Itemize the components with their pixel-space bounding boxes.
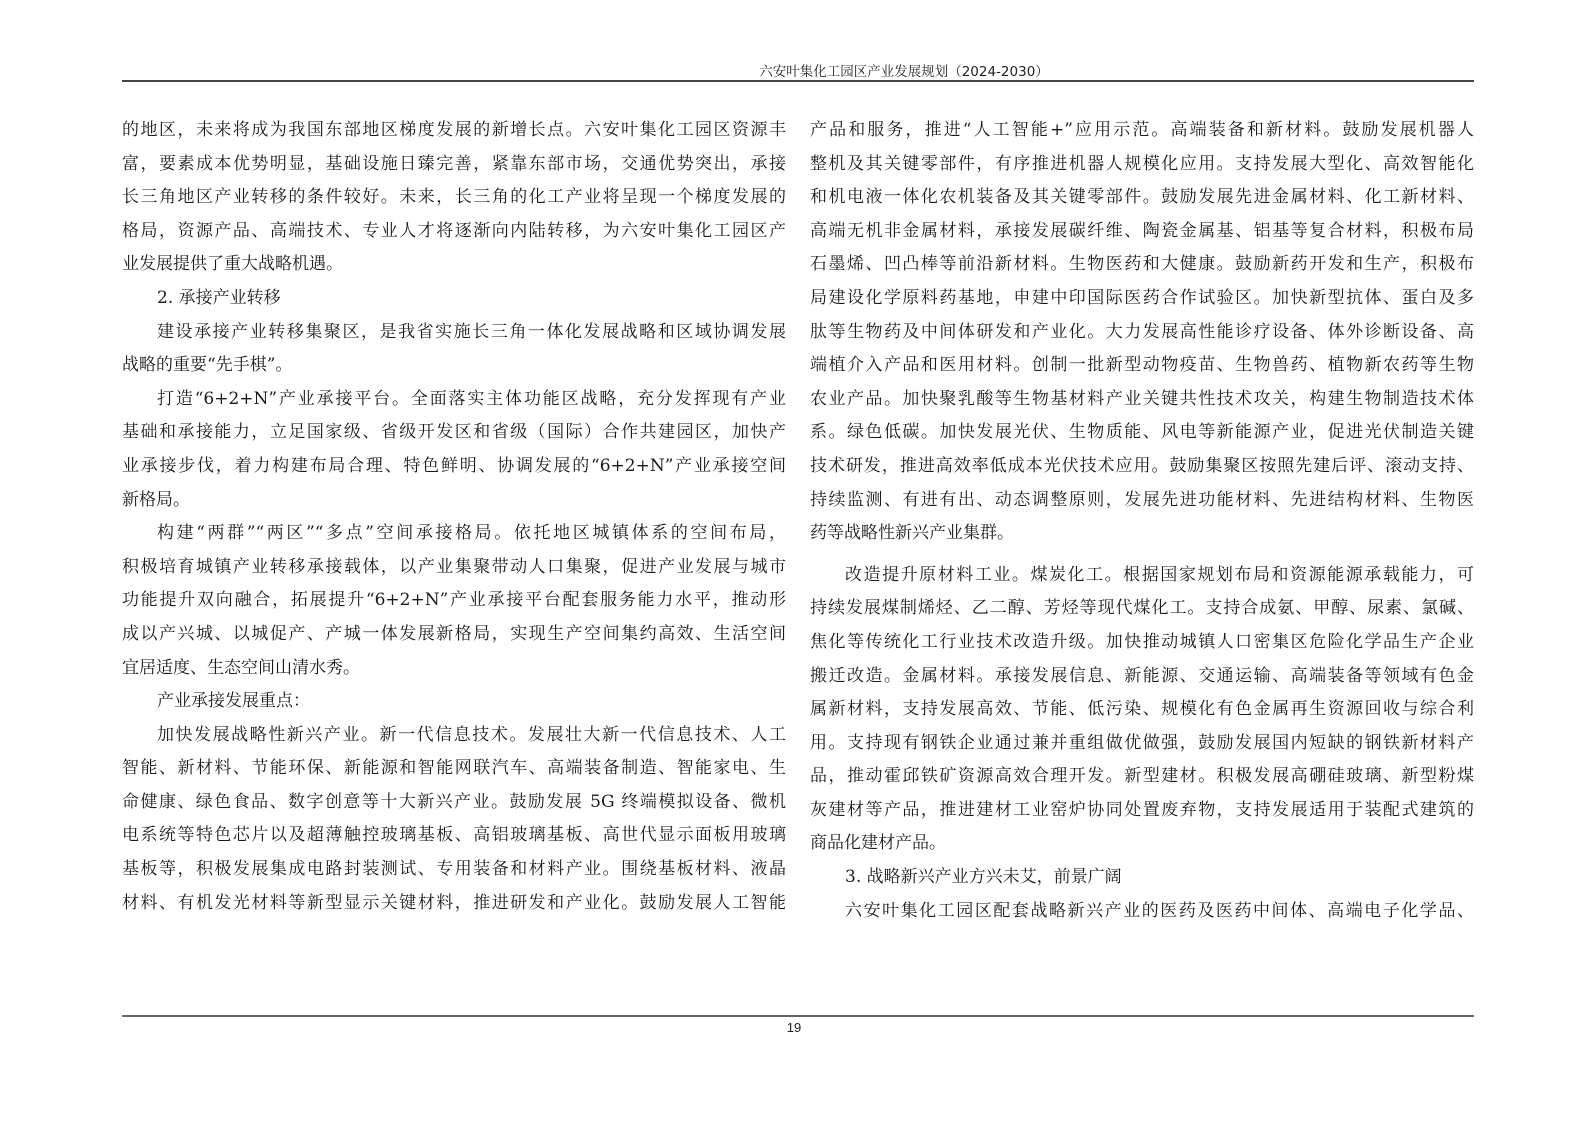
page-number: 19 [0,1020,1588,1035]
text-line: 持续发展煤制烯烃、乙二醇、芳烃等现代煤化工。支持合成氨、甲醇、尿素、氯碱、 [810,592,1474,626]
text-line: 农业产品。加快聚乳酸等生物基材料产业关键共性技术攻关，构建生物制造技术体 [810,383,1474,417]
text-line: 产品和服务，推进“人工智能+”应用示范。高端装备和新材料。鼓励发展机器人 [810,114,1474,148]
text-line: 基础和承接能力，立足国家级、省级开发区和省级（国际）合作共建园区，加快产 [122,416,786,450]
text-line: 技术研发，推进高效率低成本光伏技术应用。鼓励集聚区按照先建后评、滚动支持、 [810,450,1474,484]
text-line: 富，要素成本优势明显，基础设施日臻完善，紧靠东部市场，交通优势突出，承接 [122,148,786,182]
text-line: 石墨烯、凹凸棒等前沿新材料。生物医药和大健康。鼓励新药开发和生产，积极布 [810,248,1474,282]
section-heading: 3. 战略新兴产业方兴未艾，前景广阔 [810,861,1474,895]
section-heading: 产业承接发展重点： [122,685,786,719]
text-line: 用。支持现有钢铁企业通过兼并重组做优做强，鼓励发展国内短缺的钢铁新材料产 [810,727,1474,761]
document-title: 六安叶集化工园区产业发展规划（2024-2030） [759,60,1049,80]
text-line: 打造“6+2+N”产业承接平台。全面落实主体功能区战略，充分发挥现有产业 [122,383,786,417]
text-line: 电系统等特色芯片以及超薄触控玻璃基板、高铝玻璃基板、高世代显示面板用玻璃 [122,819,786,853]
text-line: 品，推动霍邱铁矿资源高效合理开发。新型建材。积极发展高硼硅玻璃、新型粉煤 [810,760,1474,794]
text-line: 灰建材等产品，推进建材工业窑炉协同处置废弃物，支持发展适用于装配式建筑的 [810,794,1474,828]
text-line: 材料、有机发光材料等新型显示关键材料，推进研发和产业化。鼓励发展人工智能 [122,887,786,921]
text-line: 和机电液一体化农机装备及其关键零部件。鼓励发展先进金属材料、化工新材料、 [810,181,1474,215]
section-heading: 2. 承接产业转移 [122,282,786,316]
text-line: 战略的重要“先手棋”。 [122,349,786,383]
text-line: 局建设化学原料药基地，申建中印国际医药合作试验区。加快新型抗体、蛋白及多 [810,282,1474,316]
left-text-column: 的地区，未来将成为我国东部地区梯度发展的新增长点。六安叶集化工园区资源丰富，要素… [122,114,786,920]
text-line: 持续监测、有进有出、动态调整原则，发展先进功能材料、先进结构材料、生物医 [810,484,1474,518]
right-text-column: 产品和服务，推进“人工智能+”应用示范。高端装备和新材料。鼓励发展机器人整机及其… [810,114,1474,928]
text-line: 改造提升原材料工业。煤炭化工。根据国家规划布局和资源能源承载能力，可 [810,559,1474,593]
text-line: 系。绿色低碳。加快发展光伏、生物质能、风电等新能源产业，促进光伏制造关键 [810,416,1474,450]
text-line: 整机及其关键零部件，有序推进机器人规模化应用。支持发展大型化、高效智能化 [810,148,1474,182]
text-line: 格局，资源产品、高端技术、专业人才将逐渐向内陆转移，为六安叶集化工园区产 [122,215,786,249]
text-line: 宜居适度、生态空间山清水秀。 [122,652,786,686]
text-line: 端植介入产品和医用材料。创制一批新型动物疫苗、生物兽药、植物新农药等生物 [810,349,1474,383]
paragraph-spacer [810,551,1474,559]
text-line: 肽等生物药及中间体研发和产业化。大力发展高性能诊疗设备、体外诊断设备、高 [810,316,1474,350]
text-line: 命健康、绿色食品、数字创意等十大新兴产业。鼓励发展 5G 终端模拟设备、微机 [122,786,786,820]
footer-rule [122,1015,1474,1017]
text-line: 属新材料，支持发展高效、节能、低污染、规模化有色金属再生资源回收与综合利 [810,693,1474,727]
text-line: 新格局。 [122,484,786,518]
running-header: 六安叶集化工园区产业发展规划（2024-2030） [0,60,1588,80]
text-line: 功能提升双向融合，拓展提升“6+2+N”产业承接平台配套服务能力水平，推动形 [122,584,786,618]
text-line: 构建“两群”“两区”“多点”空间承接格局。依托地区城镇体系的空间布局， [122,517,786,551]
text-line: 长三角地区产业转移的条件较好。未来，长三角的化工产业将呈现一个梯度发展的 [122,181,786,215]
text-line: 基板等，积极发展集成电路封装测试、专用装备和材料产业。围绕基板材料、液晶 [122,853,786,887]
text-line: 六安叶集化工园区配套战略新兴产业的医药及医药中间体、高端电子化学品、 [810,895,1474,929]
text-line: 焦化等传统化工行业技术改造升级。加快推动城镇人口密集区危险化学品生产企业 [810,626,1474,660]
text-line: 业承接步伐，着力构建布局合理、特色鲜明、协调发展的“6+2+N”产业承接空间 [122,450,786,484]
text-line: 智能、新材料、节能环保、新能源和智能网联汽车、高端装备制造、智能家电、生 [122,752,786,786]
header-rule [122,80,1474,82]
text-line: 商品化建材产品。 [810,827,1474,861]
text-line: 加快发展战略性新兴产业。新一代信息技术。发展壮大新一代信息技术、人工 [122,719,786,753]
text-line: 的地区，未来将成为我国东部地区梯度发展的新增长点。六安叶集化工园区资源丰 [122,114,786,148]
text-line: 积极培育城镇产业转移承接载体，以产业集聚带动人口集聚，促进产业发展与城市 [122,551,786,585]
text-line: 建设承接产业转移集聚区，是我省实施长三角一体化发展战略和区域协调发展 [122,316,786,350]
text-line: 成以产兴城、以城促产、产城一体发展新格局，实现生产空间集约高效、生活空间 [122,618,786,652]
text-line: 高端无机非金属材料，承接发展碳纤维、陶瓷金属基、铝基等复合材料，积极布局 [810,215,1474,249]
text-line: 药等战略性新兴产业集群。 [810,517,1474,551]
text-line: 搬迁改造。金属材料。承接发展信息、新能源、交通运输、高端装备等领域有色金 [810,660,1474,694]
text-line: 业发展提供了重大战略机遇。 [122,248,786,282]
